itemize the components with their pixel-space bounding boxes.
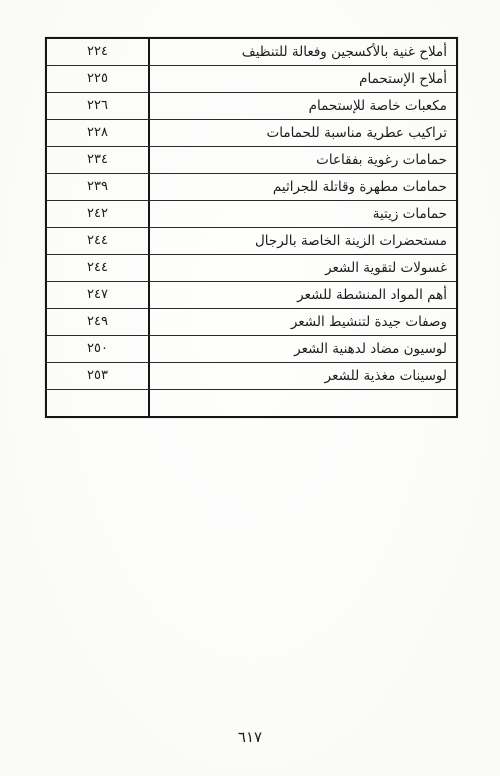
- page-number-cell: ٢٥٣: [47, 363, 150, 389]
- entry-title-cell: غسولات لتقوية الشعر: [150, 255, 456, 281]
- page-number-cell: ٢٥٠: [47, 336, 150, 362]
- table-row: ٢٢٨تراكيب عطرية مناسبة للحمامات: [47, 119, 456, 146]
- entry-title-cell: لوسينات مغذية للشعر: [150, 363, 456, 389]
- page-number-cell: ٢٢٦: [47, 93, 150, 119]
- entry-title-cell: [150, 390, 456, 416]
- entry-title-cell: أهم المواد المنشطة للشعر: [150, 282, 456, 308]
- entry-title-cell: تراكيب عطرية مناسبة للحمامات: [150, 120, 456, 146]
- scanned-page: ٢٢٤أملاح غنية بالأكسجين وفعالة للتنظيف٢٢…: [0, 0, 500, 776]
- table-row: ٢٣٩حمامات مطهرة وقاتلة للجراثيم: [47, 173, 456, 200]
- toc-table: ٢٢٤أملاح غنية بالأكسجين وفعالة للتنظيف٢٢…: [45, 37, 458, 418]
- page-number-cell: ٢٢٤: [47, 39, 150, 65]
- page-number-cell: ٢٤٤: [47, 255, 150, 281]
- entry-title-cell: حمامات رغوية بفقاعات: [150, 147, 456, 173]
- table-row: ٢٥٣لوسينات مغذية للشعر: [47, 362, 456, 389]
- table-row: ٢٣٤حمامات رغوية بفقاعات: [47, 146, 456, 173]
- table-row: ٢٢٤أملاح غنية بالأكسجين وفعالة للتنظيف: [47, 39, 456, 65]
- page-number-cell: ٢٤٩: [47, 309, 150, 335]
- footer-page-number: ٦١٧: [0, 728, 500, 746]
- table-row: ٢٤٢حمامات زيتية: [47, 200, 456, 227]
- table-row: ٢٤٤مستحضرات الزينة الخاصة بالرجال: [47, 227, 456, 254]
- table-row: ٢٢٦مكعبات خاصة للإستحمام: [47, 92, 456, 119]
- table-row: ٢٤٤غسولات لتقوية الشعر: [47, 254, 456, 281]
- page-number-cell: ٢٤٤: [47, 228, 150, 254]
- table-row: [47, 389, 456, 416]
- entry-title-cell: لوسيون مضاد لدهنية الشعر: [150, 336, 456, 362]
- entry-title-cell: أملاح غنية بالأكسجين وفعالة للتنظيف: [150, 39, 456, 65]
- entry-title-cell: حمامات زيتية: [150, 201, 456, 227]
- page-number-cell: ٢٤٢: [47, 201, 150, 227]
- page-number-cell: ٢٣٩: [47, 174, 150, 200]
- table-row: ٢٢٥أملاح الإستحمام: [47, 65, 456, 92]
- entry-title-cell: حمامات مطهرة وقاتلة للجراثيم: [150, 174, 456, 200]
- page-number-cell: ٢٣٤: [47, 147, 150, 173]
- page-number-cell: [47, 390, 150, 416]
- page-number-cell: ٢٢٥: [47, 66, 150, 92]
- table-row: ٢٤٧أهم المواد المنشطة للشعر: [47, 281, 456, 308]
- entry-title-cell: أملاح الإستحمام: [150, 66, 456, 92]
- page-number-cell: ٢٤٧: [47, 282, 150, 308]
- table-row: ٢٥٠لوسيون مضاد لدهنية الشعر: [47, 335, 456, 362]
- page-number-cell: ٢٢٨: [47, 120, 150, 146]
- entry-title-cell: مستحضرات الزينة الخاصة بالرجال: [150, 228, 456, 254]
- table-row: ٢٤٩وصفات جيدة لتنشيط الشعر: [47, 308, 456, 335]
- entry-title-cell: وصفات جيدة لتنشيط الشعر: [150, 309, 456, 335]
- entry-title-cell: مكعبات خاصة للإستحمام: [150, 93, 456, 119]
